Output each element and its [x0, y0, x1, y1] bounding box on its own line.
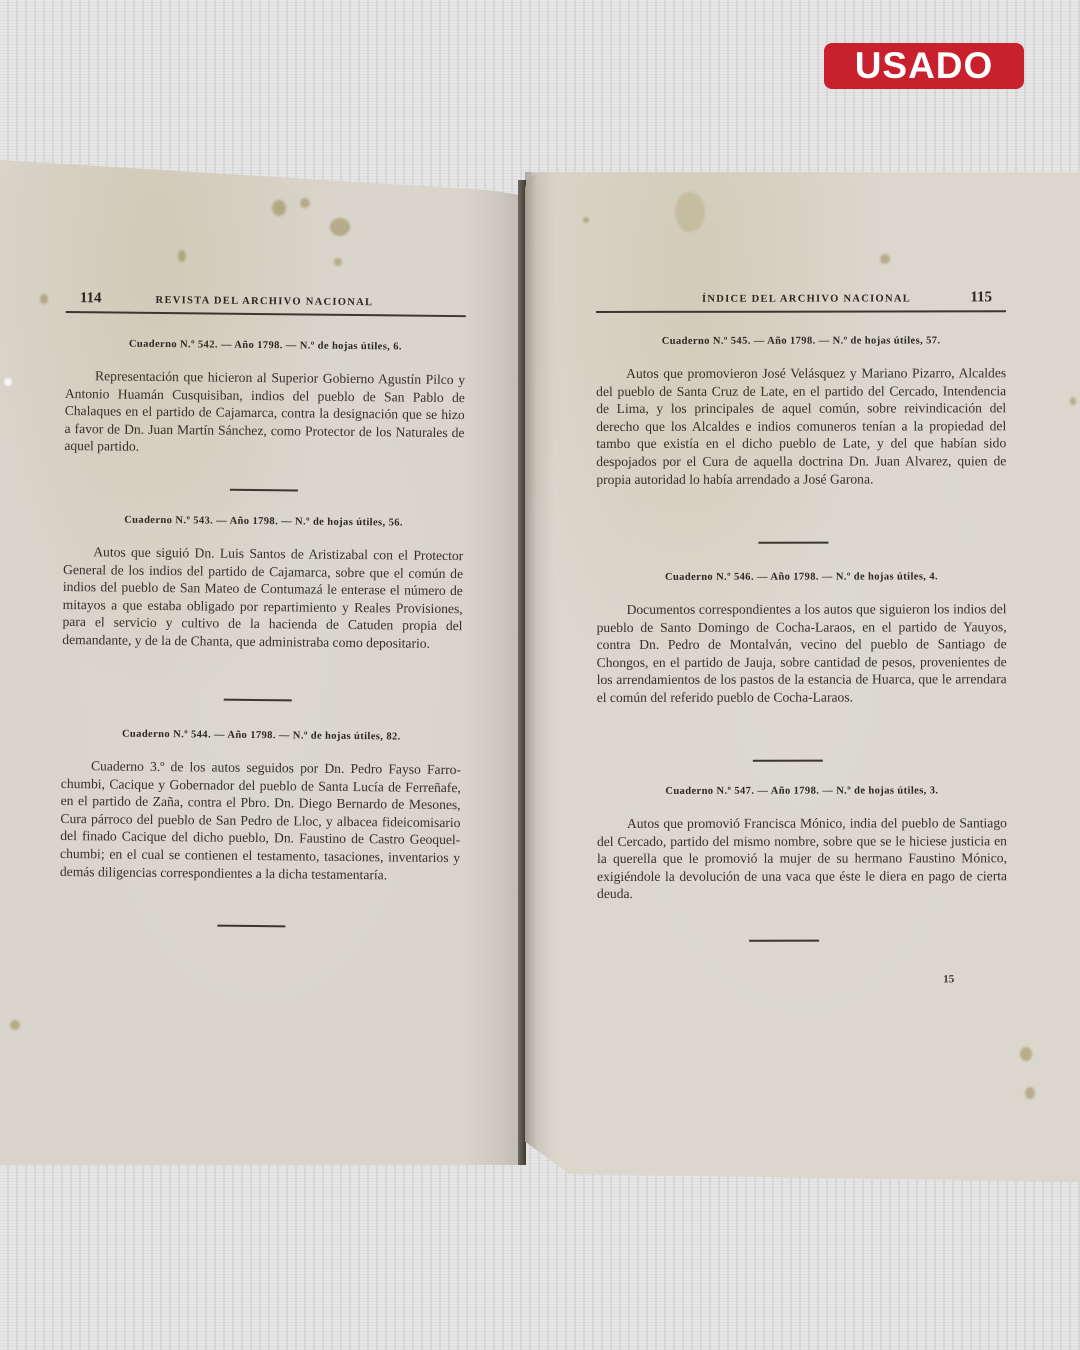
- catalog-entry: Cuaderno N.º 542. — Año 1798. — N.º de h…: [64, 338, 465, 459]
- foxing-spot: [40, 294, 48, 304]
- foxing-spot: [178, 250, 186, 262]
- catalog-entry: Cuaderno N.º 547. — Año 1798. — N.º de h…: [597, 785, 1007, 903]
- foxing-spot: [1020, 1047, 1032, 1061]
- entry-body: Documentos correspondientes a los autos …: [597, 600, 1007, 706]
- entry-header: Cuaderno N.º 547. — Año 1798. — N.º de h…: [597, 785, 1007, 797]
- foxing-spot: [583, 217, 589, 223]
- foxing-spot: [334, 258, 342, 266]
- entry-body: Autos que siguió Dn. Luis Santos de Aris…: [62, 543, 463, 653]
- entry-body: Autos que promovieron José Velásquez y M…: [596, 364, 1006, 488]
- page-number: 115: [970, 289, 992, 306]
- punch-hole: [4, 378, 12, 386]
- entry-header: Cuaderno N.º 546. — Año 1798. — N.º de h…: [596, 571, 1006, 583]
- open-book: 114 REVISTA DEL ARCHIVO NACIONAL Cuadern…: [0, 0, 1080, 1350]
- section-divider: [758, 542, 828, 544]
- entry-body: Cuaderno 3.º de los autos seguidos por D…: [60, 757, 461, 884]
- running-head: 114 REVISTA DEL ARCHIVO NACIONAL: [66, 290, 466, 317]
- section-divider: [753, 760, 823, 762]
- book-spine: [518, 180, 526, 1165]
- entry-header: Cuaderno N.º 545. — Año 1798. — N.º de h…: [596, 335, 1006, 347]
- left-page-gutter-shadow: [460, 160, 520, 1165]
- right-page-content: ÍNDICE DEL ARCHIVO NACIONAL 115 Cuaderno…: [596, 289, 1006, 290]
- entry-body: Autos que promovió Francisca Mónico, ind…: [597, 814, 1007, 903]
- right-page-gutter-shadow: [525, 172, 555, 1182]
- catalog-entry: Cuaderno N.º 546. — Año 1798. — N.º de h…: [596, 571, 1006, 706]
- catalog-entry: Cuaderno N.º 543. — Año 1798. — N.º de h…: [62, 514, 463, 653]
- foxing-spot: [880, 254, 890, 264]
- used-condition-badge: USADO: [824, 43, 1024, 89]
- running-head-title: REVISTA DEL ARCHIVO NACIONAL: [156, 295, 374, 308]
- foxing-spot: [272, 200, 286, 216]
- running-head-title: ÍNDICE DEL ARCHIVO NACIONAL: [702, 293, 911, 304]
- entry-body: Representación que hicieron al Superior …: [64, 367, 465, 459]
- catalog-entry: Cuaderno N.º 544. — Año 1798. — N.º de h…: [60, 728, 462, 884]
- foxing-spot: [675, 192, 705, 232]
- running-head: ÍNDICE DEL ARCHIVO NACIONAL 115: [596, 289, 1006, 313]
- catalog-entry: Cuaderno N.º 545. — Año 1798. — N.º de h…: [596, 335, 1006, 488]
- foxing-spot: [1025, 1087, 1035, 1099]
- foxing-spot: [300, 198, 310, 208]
- foxing-spot: [1070, 397, 1076, 405]
- foxing-spot: [330, 218, 350, 236]
- page-number: 114: [80, 290, 102, 307]
- foxing-spot: [10, 1020, 20, 1030]
- section-divider: [749, 940, 819, 942]
- signature-mark: 15: [943, 973, 954, 985]
